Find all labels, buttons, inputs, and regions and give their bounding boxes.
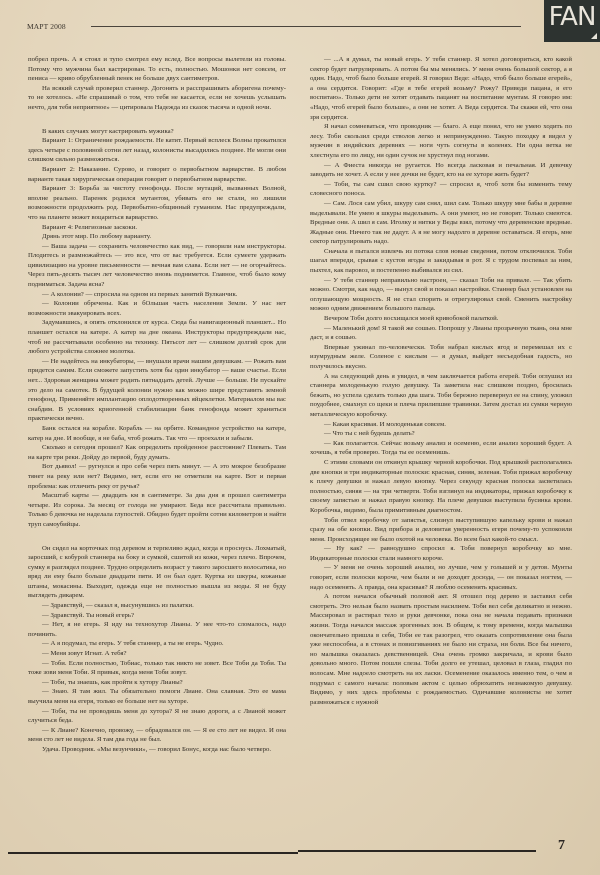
paragraph: — Нет, я не егерь. Я иду на технохутор Л… xyxy=(28,620,286,639)
page-number: 7 xyxy=(558,838,565,854)
header-rule xyxy=(91,26,521,27)
paragraph: — Сам. Лося сам убил, шкуру сам снял, ши… xyxy=(310,199,572,247)
text-column-right: — ...А я думал, ты новый егерь. У тебя с… xyxy=(310,55,572,707)
paragraph: побрел прочь. А я стоял и тупо смотрел е… xyxy=(28,55,286,84)
footer-rule xyxy=(8,852,298,854)
paragraph: Вечером Тоби долго восхищался моей криво… xyxy=(310,314,572,324)
paragraph: — Как полагается. Сейчас возьму анализ и… xyxy=(310,439,572,458)
paragraph: — Не надейтесь на инкубаторы, — внушали … xyxy=(28,357,286,424)
paragraph: — Тоби. Если полностью, Тобиас, только т… xyxy=(28,659,286,678)
paragraph: — Ну как? — равнодушно спросил я. Тоби п… xyxy=(310,544,572,563)
paragraph: А потом начался обычный половой акт. Я о… xyxy=(310,592,572,707)
text-column-left: побрел прочь. А я стоял и тупо смотрел е… xyxy=(28,55,286,755)
paragraph: — Колонии обречены. Как и бОльшая часть … xyxy=(28,299,286,318)
paragraph: Впервые ужинал по-человечески. Тоби набр… xyxy=(310,343,572,372)
right-paragraph-group: — ...А я думал, ты новый егерь. У тебя с… xyxy=(310,55,572,707)
section-gap xyxy=(28,530,286,544)
issue-date: МАРТ 2008 xyxy=(27,22,66,31)
paragraph: — Маленький дом! Я такой же сошью. Попро… xyxy=(310,324,572,343)
logo-corner-icon xyxy=(591,33,597,39)
paragraph: — Что ты с ней будешь делать? xyxy=(310,429,572,439)
magazine-logo: FAN xyxy=(544,0,600,42)
paragraph: — Знаю. Я там жил. Ты обязательно помоги… xyxy=(28,687,286,706)
paragraph: Вариант 4: Религиозные заскоки. xyxy=(28,223,286,233)
left-paragraph-group-c: Он сидел на корточках под деревом и терп… xyxy=(28,544,286,755)
footer-rule xyxy=(298,850,536,852)
paragraph: — У тебя станнер неправильно настроен, —… xyxy=(310,276,572,314)
paragraph: В каких случаях могут кастрировать мужик… xyxy=(28,127,286,137)
paragraph: Вот дьявол! — ругнулся я про себя через … xyxy=(28,462,286,491)
paragraph: — У меня не очень хороший анализ, но луч… xyxy=(310,563,572,592)
paragraph: — Какая красивая. И молоденькая совсем. xyxy=(310,420,572,430)
paragraph: Банк остался на корабле. Корабль — на ор… xyxy=(28,424,286,443)
paragraph: Задумавшись, я опять отклонился от курса… xyxy=(28,318,286,356)
paragraph: Удача. Проводник. «Мы везунчики», — гово… xyxy=(28,745,286,755)
paragraph: — ...А я думал, ты новый егерь. У тебя с… xyxy=(310,55,572,122)
paragraph: А на следующий день я увидел, в чем закл… xyxy=(310,372,572,420)
paragraph: Вариант 3: Борьба за чистоту генофонда. … xyxy=(28,184,286,222)
paragraph: — Тоби, ты сам сшил свою куртку? — спрос… xyxy=(310,180,572,199)
paragraph: — К Лиане? Конечно, провожу, — обрадовал… xyxy=(28,726,286,745)
left-paragraph-group-a: побрел прочь. А я стоял и тупо смотрел е… xyxy=(28,55,286,113)
paragraph: Он сидел на корточках под деревом и терп… xyxy=(28,544,286,602)
paragraph: — А Фиеста никогда не ругается. Но всегд… xyxy=(310,161,572,180)
paragraph: — Здравствуй. Ты новый егерь? xyxy=(28,611,286,621)
magazine-page: МАРТ 2008 FAN побрел прочь. А я стоял и … xyxy=(0,0,600,875)
paragraph: — А я подумал, ты егерь. У тебя станнер,… xyxy=(28,639,286,649)
paragraph: Масштаб карты — двадцать км в сантиметре… xyxy=(28,491,286,529)
paragraph: На всякий случай проверил станнер. Догон… xyxy=(28,84,286,113)
paragraph: — Тоби, ты знаешь, как пройти к хутору Л… xyxy=(28,678,286,688)
paragraph: Я начал сомневаться, что проводник — бла… xyxy=(310,122,572,160)
paragraph: Вариант 1: Ограничение рождаемости. Не к… xyxy=(28,136,286,165)
left-paragraph-group-b: В каких случаях могут кастрировать мужик… xyxy=(28,127,286,530)
paragraph: Вариант 2: Наказание. Сурово, и говорит … xyxy=(28,165,286,184)
logo-text: FAN xyxy=(549,2,596,32)
paragraph: Дрянь этот мир. По любому варианту. xyxy=(28,232,286,242)
page-header: МАРТ 2008 xyxy=(27,22,527,36)
paragraph: — Здравствуй, — сказал я, высунувшись из… xyxy=(28,601,286,611)
paragraph: С этими словами он откинул крышку черной… xyxy=(310,458,572,516)
paragraph: Тоби отвел коробочку от запястья, слизну… xyxy=(310,516,572,545)
paragraph: — Меня зовут Игнат. А тебя? xyxy=(28,649,286,659)
paragraph: — Тоби, ты не проводишь меня до хутора? … xyxy=(28,707,286,726)
paragraph: Сначала я пытался извлечь из потока слов… xyxy=(310,247,572,276)
section-gap xyxy=(28,113,286,127)
paragraph: Сколько я сегодня прошел? Как определить… xyxy=(28,443,286,462)
paragraph: — А колонии? — спросила на одном из перв… xyxy=(28,290,286,300)
paragraph: — Ваша задача — сохранить человечество к… xyxy=(28,242,286,290)
